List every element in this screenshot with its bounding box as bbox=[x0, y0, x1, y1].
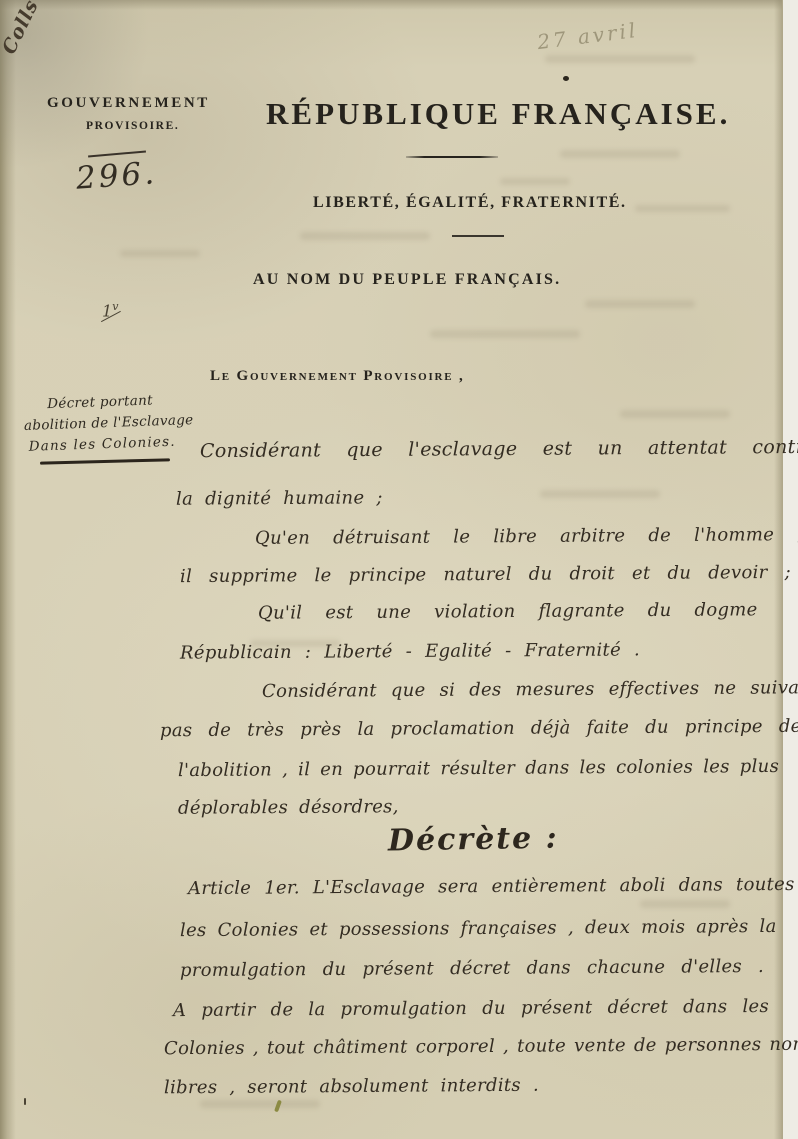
bleed-through-smudge bbox=[200, 1100, 320, 1108]
body-line: Qu'en détruisant le libre arbitre de l'h… bbox=[255, 524, 798, 549]
body-line: il supprime le principe naturel du droit… bbox=[180, 562, 791, 587]
body-line: Qu'il est une violation flagrante du dog… bbox=[258, 599, 758, 623]
body-line: promulgation du présent décret dans chac… bbox=[180, 956, 764, 981]
bleed-through-smudge bbox=[500, 178, 570, 185]
paper-left-edge-shadow bbox=[0, 0, 16, 1139]
bleed-through-smudge bbox=[545, 55, 695, 63]
bleed-through-smudge bbox=[640, 900, 730, 908]
horizontal-rule-under-title bbox=[406, 156, 498, 158]
office-name-line1: GOUVERNEMENT bbox=[47, 95, 210, 112]
bleed-through-smudge bbox=[635, 205, 730, 212]
bleed-through-smudge bbox=[585, 300, 695, 308]
body-line: l'abolition , il en pourrait résulter da… bbox=[178, 756, 779, 781]
bleed-through-smudge bbox=[430, 330, 580, 338]
scanned-document-page: Colls 27 avril 296. 1v GOUVERNEMENT PROV… bbox=[0, 0, 798, 1139]
office-name-line2: PROVISOIRE. bbox=[86, 120, 179, 132]
body-line: Républicain : Liberté - Egalité - Frater… bbox=[180, 639, 640, 663]
body-line: la dignité humaine ; bbox=[176, 487, 383, 509]
bleed-through-smudge bbox=[540, 490, 660, 498]
body-line: A partir de la promulgation du présent d… bbox=[173, 996, 769, 1021]
folio-number: 296. bbox=[75, 155, 158, 197]
body-line-considerant-1: Considérant que l'esclavage est un atten… bbox=[200, 436, 798, 462]
body-line: Colonies , tout châtiment corporel , tou… bbox=[164, 1034, 798, 1059]
decree-heading: Décrète : bbox=[388, 821, 559, 859]
national-motto: LIBERTÉ, ÉGALITÉ, FRATERNITÉ. bbox=[313, 194, 627, 212]
bleed-through-smudge bbox=[560, 150, 680, 158]
body-line-article-1: Article 1er. L'Esclavage sera entièremen… bbox=[188, 874, 795, 899]
margin-note: Décret portant abolition de l'Esclavage … bbox=[23, 389, 195, 458]
body-line: libres , seront absolument interdits . bbox=[164, 1075, 539, 1099]
body-line-considerant-2: Considérant que si des mesures effective… bbox=[262, 677, 798, 702]
bleed-through-smudge bbox=[120, 250, 200, 257]
ink-speck bbox=[24, 1098, 26, 1105]
issuing-authority-line: Le Gouvernement Provisoire , bbox=[210, 368, 465, 385]
body-line: pas de très près la proclamation déjà fa… bbox=[160, 716, 798, 741]
page-title: RÉPUBLIQUE FRANÇAISE. bbox=[266, 96, 730, 132]
bleed-through-smudge bbox=[620, 410, 730, 418]
horizontal-rule-under-motto bbox=[452, 235, 504, 237]
in-the-name-of-the-people-line: AU NOM DU PEUPLE FRANÇAIS. bbox=[253, 271, 561, 289]
body-line: les Colonies et possessions françaises ,… bbox=[180, 916, 777, 941]
ink-speck bbox=[563, 76, 569, 81]
bleed-through-smudge bbox=[300, 232, 430, 240]
body-line: déplorables désordres, bbox=[178, 796, 399, 819]
